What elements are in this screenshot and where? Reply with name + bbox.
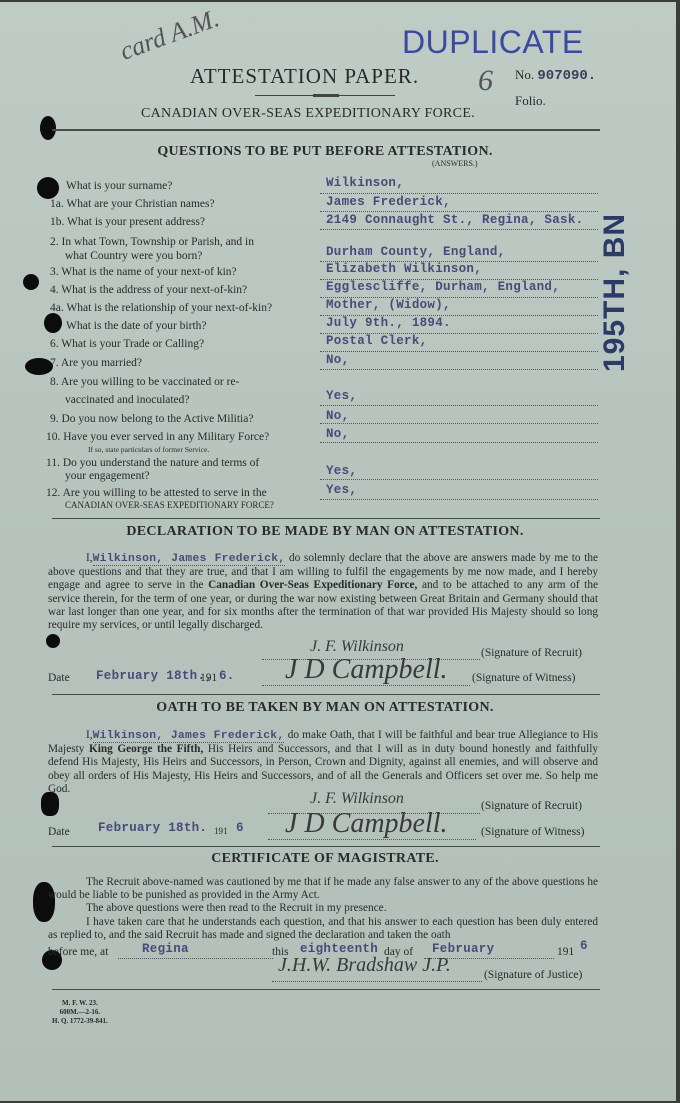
document-number: No. 907090.: [515, 67, 596, 84]
answer-line: [320, 498, 598, 500]
certificate-para-3: I have taken care that he understands ea…: [48, 916, 598, 942]
duplicate-stamp: DUPLICATE: [402, 24, 584, 61]
answer-7: No,: [326, 353, 349, 367]
question-4a: 4a. What is the relationship of your nex…: [50, 302, 272, 314]
answer-5: July 9th., 1894.: [326, 316, 451, 330]
oath-text: I,Wilkinson, James Frederick, do make Oa…: [48, 729, 598, 796]
place-line: [118, 957, 273, 959]
divider: [52, 129, 600, 131]
witness-signature-label: (Signature of Witness): [481, 826, 584, 838]
question-1: What is your surname?: [66, 180, 172, 192]
certificate-para-2: The above questions were then read to th…: [48, 902, 598, 915]
recruit-signature: J. F. Wilkinson: [310, 790, 404, 808]
answer-6: Postal Clerk,: [326, 334, 427, 348]
divider: [52, 518, 600, 519]
date-label: Date: [48, 826, 70, 838]
number-value: 907090.: [537, 68, 596, 84]
certificate-title: CERTIFICATE OF MAGISTRATE.: [0, 851, 650, 867]
question-5: What is the date of your birth?: [66, 320, 207, 332]
divider: [52, 989, 600, 990]
answer-line: [320, 422, 598, 424]
answer-1a: James Frederick,: [326, 195, 451, 209]
signature-line: [262, 684, 470, 686]
question-9: 9. Do you now belong to the Active Milit…: [50, 413, 253, 425]
question-10: 10. Have you ever served in any Military…: [46, 431, 269, 443]
folio-handwritten: 6: [478, 64, 493, 98]
answer-4: Egglescliffe, Durham, England,: [326, 280, 560, 294]
answer-8: Yes,: [326, 389, 357, 403]
answer-2: Durham County, England,: [326, 245, 505, 259]
divider: [52, 846, 600, 847]
answer-line: [320, 441, 598, 443]
place-value: Regina: [142, 942, 189, 956]
date-label: Date: [48, 672, 70, 684]
answer-11: Yes,: [326, 464, 357, 478]
oath-date: February 18th.: [98, 821, 207, 835]
answer-9: No,: [326, 409, 349, 423]
recruit-signature-label: (Signature of Recruit): [481, 647, 582, 659]
answer-1: Wilkinson,: [326, 176, 404, 190]
punch-hole: [37, 177, 59, 199]
answer-3: Elizabeth Wilkinson,: [326, 262, 482, 276]
declarant-name: Wilkinson, James Frederick,: [93, 553, 286, 566]
declaration-text: I,Wilkinson, James Frederick, do solemnl…: [48, 552, 598, 632]
answer-4a: Mother, (Widow),: [326, 298, 451, 312]
question-12-line2: CANADIAN OVER-SEAS EXPEDITIONARY FORCE?: [65, 500, 274, 510]
answer-line: [320, 478, 598, 480]
declaration-date: February 18th.,: [96, 669, 213, 683]
question-2: 2. In what Town, Township or Parish, and…: [50, 236, 254, 248]
question-4: 4. What is the address of your next-of-k…: [50, 284, 247, 296]
certificate-para-1: The Recruit above-named was cautioned by…: [48, 876, 598, 902]
year-suffix: 6.: [219, 669, 235, 683]
footer-line-2: 600M.—2-16.: [52, 1008, 108, 1017]
number-label: No.: [515, 67, 534, 82]
answer-10: No,: [326, 427, 349, 441]
document-title: ATTESTATION PAPER.: [190, 64, 419, 89]
oath-title: OATH TO BE TAKEN BY MAN ON ATTESTATION.: [0, 700, 650, 716]
before-label: before me, at: [48, 946, 108, 958]
answer-line: [320, 350, 598, 352]
question-3: 3. What is the name of your next-of kin?: [50, 266, 237, 278]
punch-hole: [44, 313, 62, 333]
question-12: 12. Are you willing to be attested to se…: [46, 487, 267, 499]
document-subtitle: CANADIAN OVER-SEAS EXPEDITIONARY FORCE.: [141, 106, 475, 122]
answer-line: [320, 404, 598, 406]
folio-label: Folio.: [515, 93, 546, 109]
question-10-note: If so, state particulars of former Servi…: [88, 445, 209, 454]
year-prefix: 191: [200, 672, 217, 684]
question-7: 7. Are you married?: [50, 357, 142, 369]
certificate-text: The Recruit above-named was cautioned by…: [48, 876, 598, 942]
punch-hole: [23, 274, 39, 290]
question-11-line2: your engagement?: [65, 470, 150, 482]
punch-hole: [46, 634, 60, 648]
answer-1b: 2149 Connaught St., Regina, Sask.: [326, 213, 583, 227]
divider: [52, 694, 600, 695]
signature-line: [268, 838, 476, 840]
questions-section-title: QUESTIONS TO BE PUT BEFORE ATTESTATION.: [0, 144, 650, 160]
witness-signature: J D Campbell.: [285, 808, 448, 840]
question-8-line2: vaccinated and inoculated?: [65, 394, 190, 406]
margin-note: card A.M.: [116, 3, 223, 67]
punch-hole: [40, 116, 56, 140]
oath-taker-name: Wilkinson, James Frederick,: [93, 730, 285, 743]
signature-line: [272, 980, 482, 982]
answer-12: Yes,: [326, 483, 357, 497]
answer-line: [320, 368, 598, 370]
answer-line: [320, 228, 598, 230]
form-footer: M. F. W. 23. 600M.—2-16. H. Q. 1772-39-8…: [52, 999, 108, 1026]
answer-line: [320, 210, 598, 212]
justice-signature-label: (Signature of Justice): [484, 969, 582, 981]
footer-line-3: H. Q. 1772-39-841.: [52, 1017, 108, 1026]
question-6: 6. What is your Trade or Calling?: [50, 338, 204, 350]
recruit-signature-label: (Signature of Recruit): [481, 800, 582, 812]
question-2-line2: what Country were you born?: [65, 250, 202, 262]
punch-hole: [25, 358, 53, 375]
year-prefix: 191: [214, 826, 228, 836]
question-8: 8. Are you willing to be vaccinated or r…: [50, 376, 239, 388]
witness-signature: J D Campbell.: [285, 654, 448, 686]
answers-header: (ANSWERS.): [432, 159, 478, 168]
question-1a: 1a. What are your Christian names?: [50, 198, 215, 210]
attestation-paper: card A.M. DUPLICATE ATTESTATION PAPER. N…: [0, 2, 676, 1101]
declaration-title: DECLARATION TO BE MADE BY MAN ON ATTESTA…: [0, 524, 650, 540]
year-prefix: 191: [557, 946, 574, 958]
battalion-stamp: 195TH, BN: [598, 213, 632, 372]
footer-line-1: M. F. W. 23.: [52, 999, 108, 1008]
answer-line: [320, 192, 598, 194]
question-11: 11. Do you understand the nature and ter…: [46, 457, 259, 469]
justice-signature: J.H.W. Bradshaw J.P.: [278, 954, 451, 977]
question-1b: 1b. What is your present address?: [50, 216, 205, 228]
year-suffix: 6: [580, 939, 588, 953]
witness-signature-label: (Signature of Witness): [472, 672, 575, 684]
year-suffix: 6: [236, 821, 244, 835]
divider: [313, 94, 339, 97]
